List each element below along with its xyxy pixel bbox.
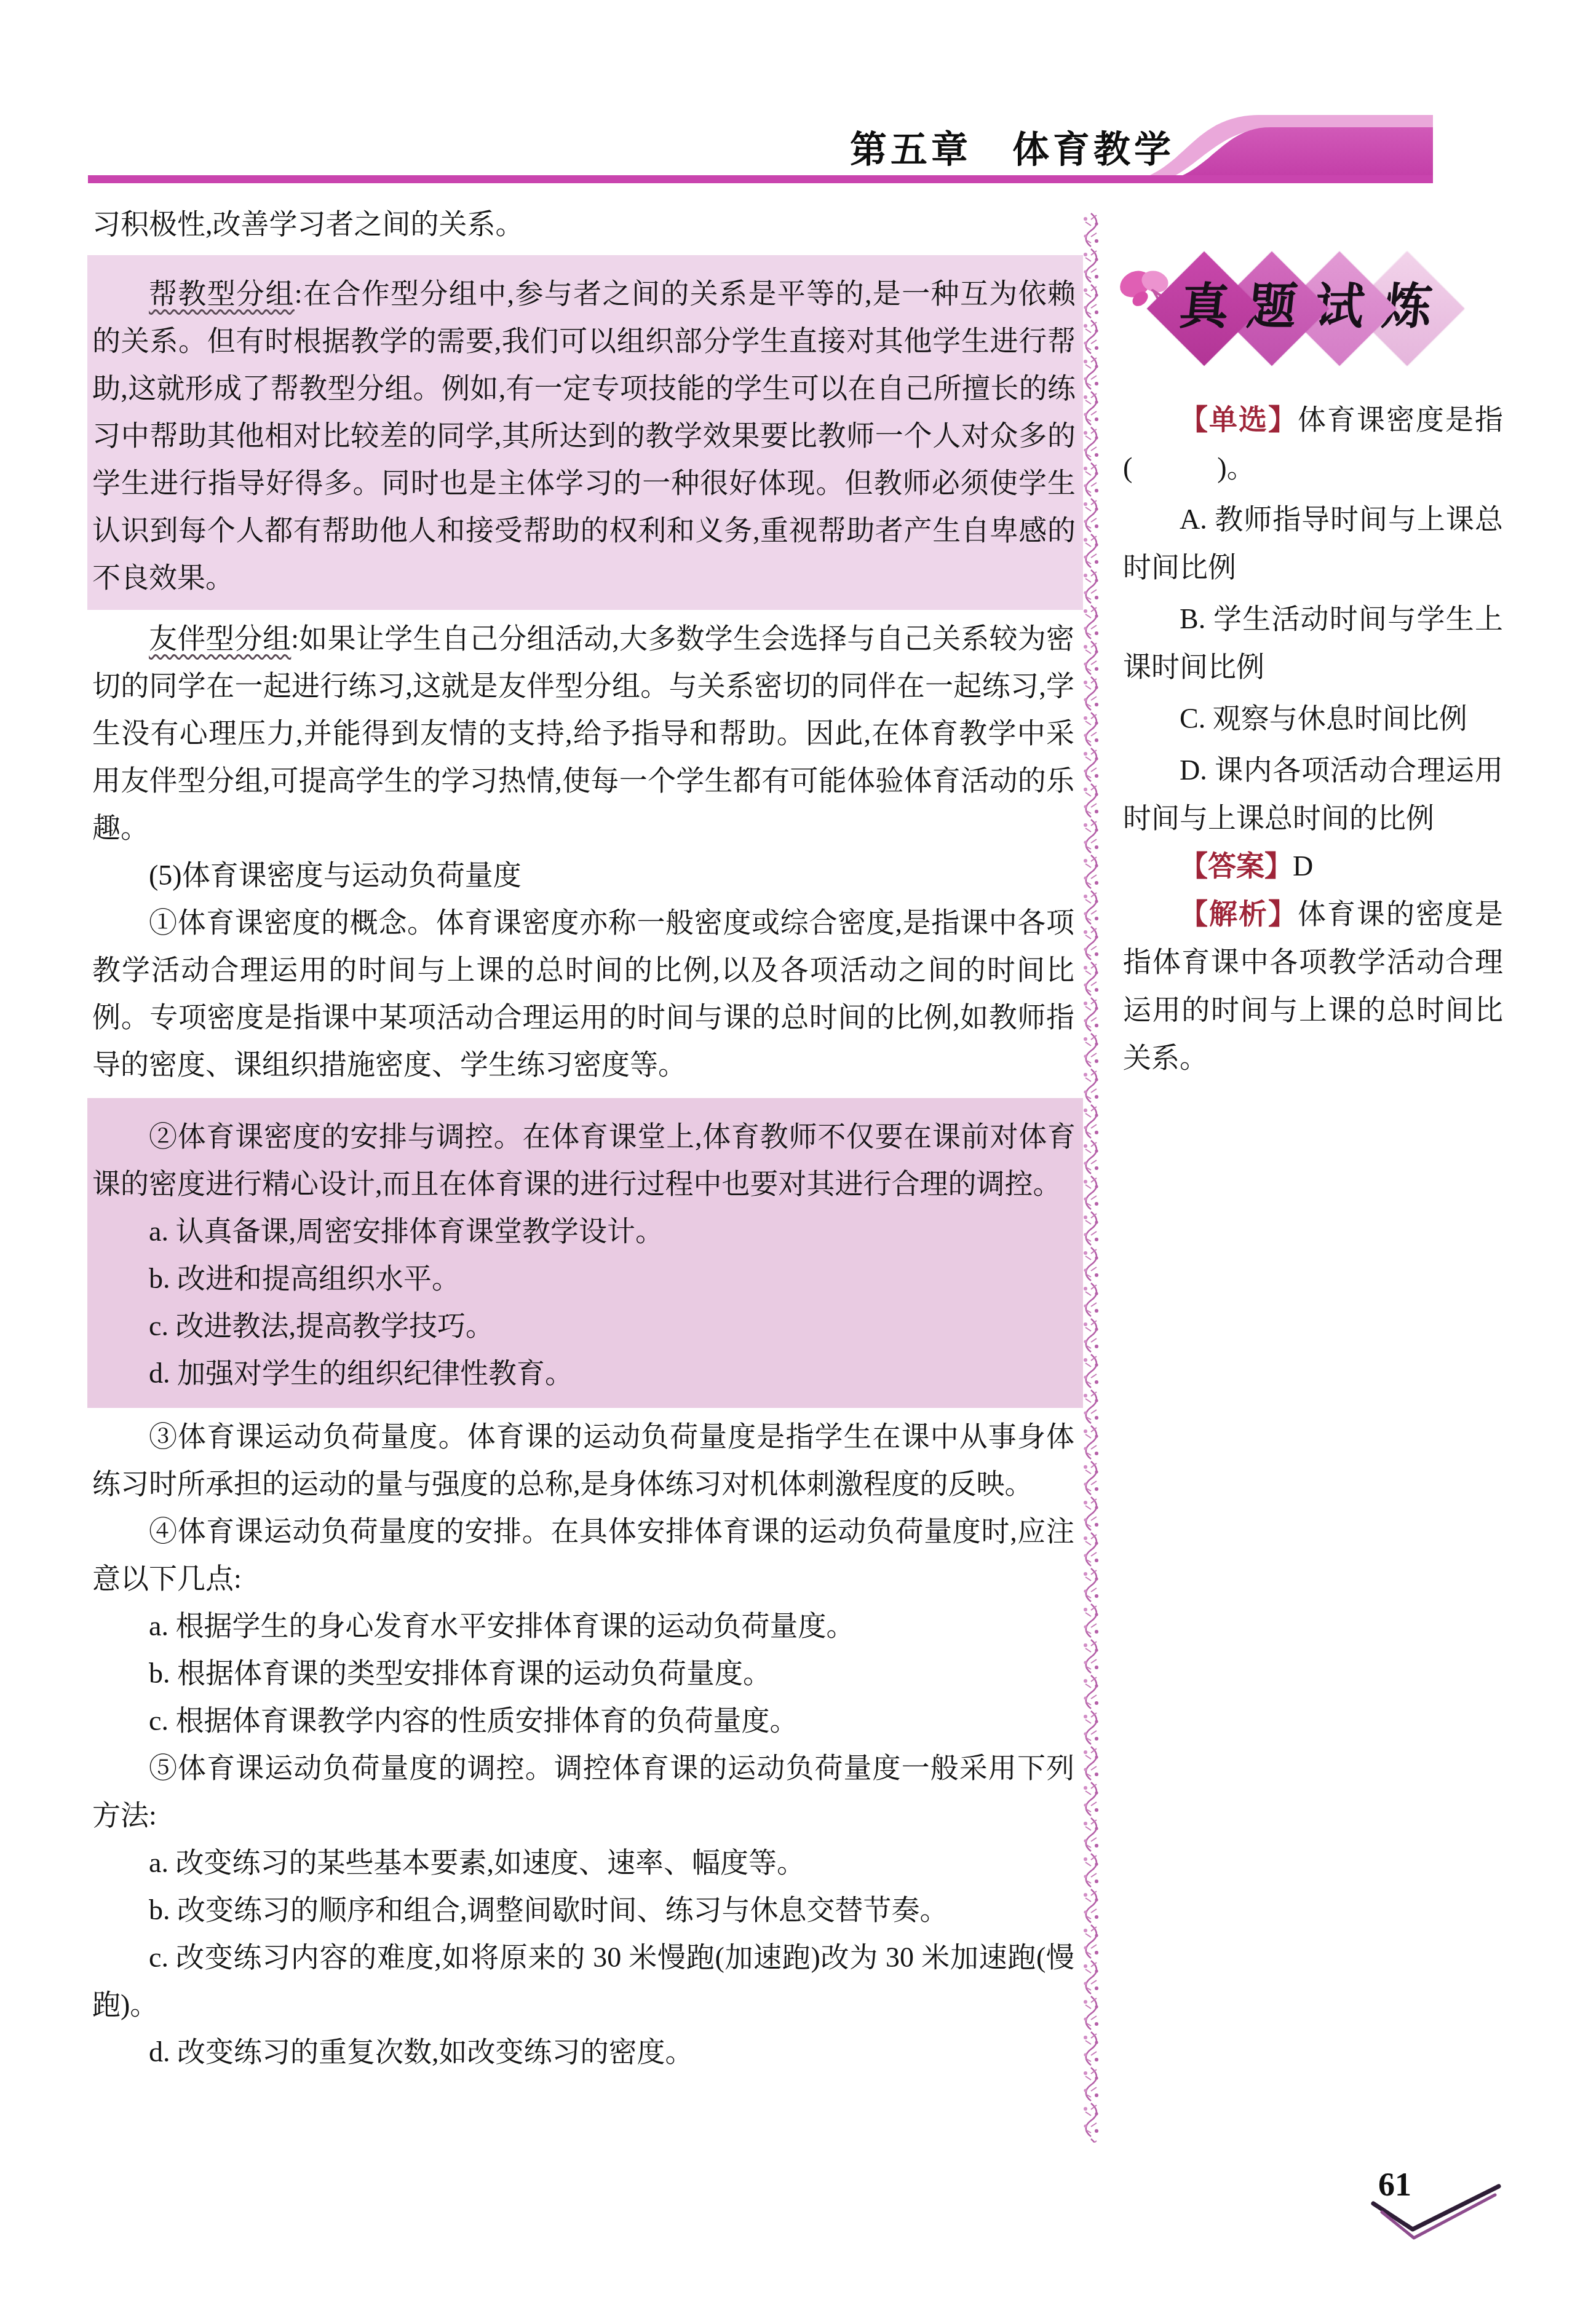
- paragraph-density-concept: ①体育课密度的概念。体育课密度亦称一般密度或综合密度,是指课中各项教学活动合理运…: [92, 899, 1074, 1088]
- analysis-tag: 【解析】: [1180, 898, 1298, 930]
- list-item-c: c. 改变练习内容的难度,如将原来的 30 米慢跑(加速跑)改为 30 米加速跑…: [92, 1934, 1074, 2028]
- list-item-b: b. 根据体育课的类型安排体育课的运动负荷量度。: [92, 1650, 1074, 1697]
- paragraph-load-arrange: ④体育课运动负荷量度的安排。在具体安排体育课的运动负荷量度时,应注意以下几点:: [92, 1508, 1074, 1602]
- list-item-a: a. 认真备课,周密安排体育课堂教学设计。: [92, 1207, 1076, 1255]
- list-item-c: c. 改进教法,提高教学技巧。: [92, 1302, 1076, 1350]
- paragraph-youban: 友伴型分组:如果让学生自己分组活动,大多数学生会选择与自己关系较为密切的同学在一…: [92, 615, 1074, 852]
- column-divider-ornament: [1081, 212, 1101, 2143]
- list-item-d: d. 改变练习的重复次数,如改变练习的密度。: [92, 2028, 1074, 2076]
- paragraph-tiaokong-intro: ②体育课密度的安排与调控。在体育课堂上,体育教师不仅要在课前对体育课的密度进行精…: [92, 1113, 1076, 1207]
- list-item-c: c. 根据体育课教学内容的性质安排体育的负荷量度。: [92, 1697, 1074, 1744]
- question-type-tag: 【单选】: [1180, 404, 1298, 435]
- checkmark-decoration: [1368, 2180, 1510, 2248]
- answer-value: D: [1293, 850, 1313, 882]
- option-b: B. 学生活动时间与学生上课时间比例: [1123, 595, 1503, 691]
- list-item-b: b. 改变练习的顺序和组合,调整间歇时间、练习与休息交替节奏。: [92, 1886, 1074, 1934]
- highlight-block-bangjiao: 帮教型分组:在合作型分组中,参与者之间的关系是平等的,是一种互为依赖的关系。但有…: [87, 255, 1083, 610]
- list-item-d: d. 加强对学生的组织纪律性教育。: [92, 1350, 1076, 1397]
- exam-banner: 真 题 试 炼: [1123, 251, 1503, 385]
- paragraph-load-control: ⑤体育课运动负荷量度的调控。调控体育课的运动负荷量度一般采用下列方法:: [92, 1744, 1074, 1839]
- highlight-block-tiaokong: ②体育课密度的安排与调控。在体育课堂上,体育教师不仅要在课前对体育课的密度进行精…: [87, 1098, 1083, 1408]
- list-item-b: b. 改进和提高组织水平。: [92, 1255, 1076, 1302]
- paragraph-continuation: 习积极性,改善学习者之间的关系。: [92, 200, 1074, 248]
- term-youban: 友伴型分组: [149, 623, 291, 654]
- answer-tag: 【答案】: [1180, 850, 1293, 882]
- main-content: 习积极性,改善学习者之间的关系。 帮教型分组:在合作型分组中,参与者之间的关系是…: [92, 200, 1074, 2076]
- page-number-area: 61: [1368, 2164, 1516, 2250]
- paragraph-load-degree: ③体育课运动负荷量度。体育课的运动负荷量度是指学生在课中从事身体练习时所承担的运…: [92, 1413, 1074, 1508]
- list-item-a: a. 改变练习的某些基本要素,如速度、速率、幅度等。: [92, 1839, 1074, 1886]
- option-d: D. 课内各项活动合理运用时间与上课总时间的比例: [1123, 746, 1503, 842]
- list-item-a: a. 根据学生的身心发育水平安排体育课的运动负荷量度。: [92, 1602, 1074, 1650]
- analysis-line: 【解析】体育课的密度是指体育课中各项教学活动合理运用的时间与上课的总时间比关系。: [1123, 890, 1503, 1082]
- textbook-page: 第五章 体育教学 习积极性,改善学习者之间的关系。 帮教型分组:在合作型分组中,…: [0, 0, 1591, 2324]
- term-bangjiao: 帮教型分组: [149, 278, 295, 309]
- header-band-decoration: [88, 108, 1441, 194]
- sidebar-exam-practice: 真 题 试 炼 【单选】体育课密度是指( )。 A. 教师指导时间与上课总时间比…: [1123, 251, 1503, 1082]
- header-rule: [88, 175, 1433, 183]
- banner-char: 真: [1159, 268, 1249, 349]
- paragraph-youban-body: :如果让学生自己分组活动,大多数学生会选择与自己关系较为密切的同学在一起进行练习…: [92, 623, 1074, 844]
- option-a: A. 教师指导时间与上课总时间比例: [1123, 496, 1503, 591]
- question-stem: 【单选】体育课密度是指( )。: [1123, 396, 1503, 492]
- heading-section-5: (5)体育课密度与运动负荷量度: [92, 852, 1074, 899]
- paragraph-bangjiao-body: :在合作型分组中,参与者之间的关系是平等的,是一种互为依赖的关系。但有时根据教学…: [92, 278, 1076, 593]
- paragraph-bangjiao: 帮教型分组:在合作型分组中,参与者之间的关系是平等的,是一种互为依赖的关系。但有…: [92, 270, 1076, 601]
- option-c: C. 观察与休息时间比例: [1123, 695, 1503, 743]
- answer-line: 【答案】D: [1123, 842, 1503, 890]
